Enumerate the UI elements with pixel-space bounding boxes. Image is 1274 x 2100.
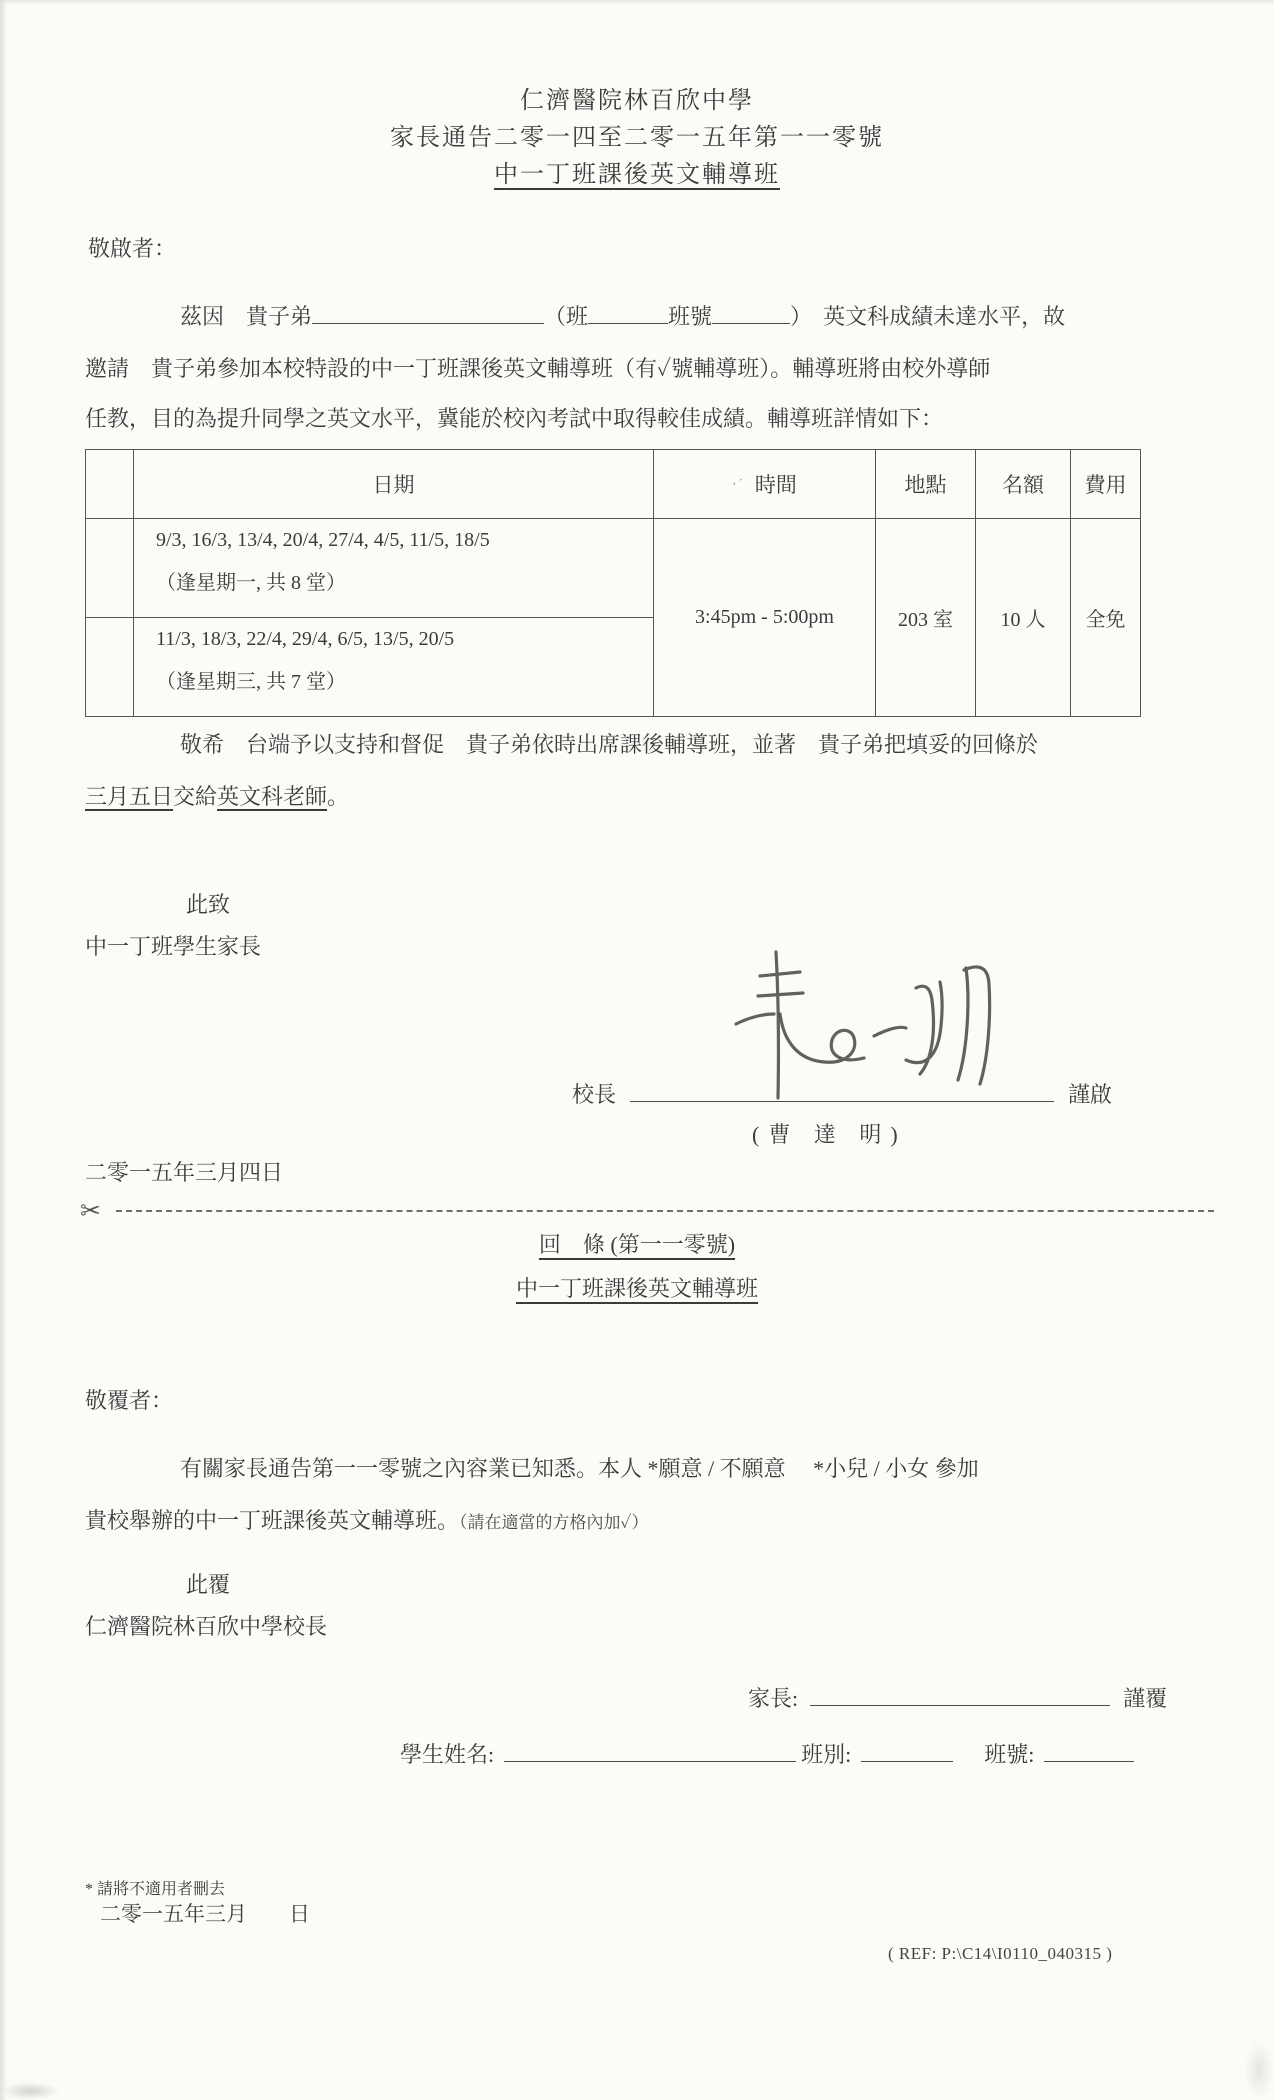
notice-number-line: 家長通告二零一四至二零一五年第一一零號 [0,117,1274,152]
class-blank [861,1739,953,1762]
reply-body-line2-text: 貴校舉辦的中一丁班課後英文輔導班。 [85,1508,459,1533]
principal-name: (曹 達 明) [752,1118,907,1149]
closing-salute: 此致 [186,888,230,919]
para1-seg4: ） [790,304,801,329]
reply-date: 二零一五年三月 日 [100,1898,310,1928]
fee-cell: 全免 [1071,519,1141,717]
scan-smudge [0,2082,60,2100]
school-name: 仁濟醫院林百欣中學 [0,80,1274,115]
scan-edge-artifact [0,0,1274,5]
para1-seg5: 英文科成績未達水平，故 [801,304,1065,329]
delete-inapplicable-footnote: * 請將不適用者刪去 [85,1876,225,1899]
checkbox-cell-monday [86,519,134,618]
signature-blank-line [630,1079,1054,1102]
dates-note: （逢星期三, 共 7 堂） [156,665,645,694]
col-header-venue: 地點 [876,450,976,519]
student-info-row: 學生姓名: 班別: 班號: [400,1738,1134,1769]
reply-slip-subtitle: 中一丁班課後英文輔導班 [0,1272,1274,1303]
col-header-date: 日期 [134,450,654,519]
checkbox-column-header [86,450,134,519]
reply-body-line2: 貴校舉辦的中一丁班課後英文輔導班。（請在適當的方格內加✓） [85,1504,648,1535]
issue-date: 二零一五年三月四日 [85,1156,283,1187]
para1-line1: 茲因 貴子弟（班班號） 英文科成績未達水平，故 [180,300,1065,331]
reply-body-line1: 有關家長通告第一一零號之內容業已知悉。本人 *願意 / 不願意 *小兒 / 小女… [180,1452,979,1483]
reply-salutation: 敬覆者： [85,1384,173,1415]
parent-label: 家長: [748,1686,798,1711]
reply-subtitle-text: 中一丁班課後英文輔導班 [516,1276,758,1301]
col-header-time-text: 時間 [755,473,797,497]
class-number-blank [712,301,790,324]
dates-list: 11/3, 18/3, 22/4, 29/4, 6/5, 13/5, 20/5 [156,628,645,651]
para1-line3: 任教，目的為提升同學之英文水平，冀能於校內考試中取得較佳成績。輔導班詳情如下： [85,402,943,433]
due-date: 三月五日 [85,784,173,809]
class-number-blank [1044,1739,1134,1762]
principal-label: 校長 [572,1082,616,1107]
cut-dashed-line [116,1210,1214,1212]
scanned-notice-page: 仁濟醫院林百欣中學 家長通告二零一四至二零一五年第一一零號 中一丁班課後英文輔導… [0,0,1274,2100]
student-name-blank [504,1739,796,1762]
tutorial-details-table: 日期 ‚·時間 地點 名額 費用 9/3, 16/3, 13/4, 20/4, … [85,449,1141,717]
col-header-fee: 費用 [1071,450,1141,519]
reference-number: ( REF: P:\C14\I0110_040315 ) [888,1944,1112,1964]
reply-slip-title: 回 條 (第一一零號) [0,1228,1274,1259]
parent-respect-suffix: 謹覆 [1123,1686,1167,1711]
venue-cell: 203 室 [876,519,976,717]
subject-line: 中一丁班課後英文輔導班 [0,154,1274,189]
dates-note: （逢星期一, 共 8 堂） [156,566,645,595]
dates-cell-monday: 9/3, 16/3, 13/4, 20/4, 27/4, 4/5, 11/5, … [134,519,654,618]
para2-mid: 交給 [173,784,217,809]
class-number-label: 班號: [984,1742,1034,1767]
time-cell: 3:45pm - 5:00pm [654,519,876,717]
teacher-name: 英文科老師 [217,784,327,809]
closing-recipient: 中一丁班學生家長 [85,930,261,961]
reply-title-text: 回 條 (第一一零號) [539,1232,735,1257]
scan-edge-artifact [0,0,7,2100]
scan-smudge [1244,2040,1274,2100]
reply-body-note: （請在適當的方格內加✓） [459,1513,648,1532]
salutation: 敬啟者： [88,232,176,263]
table-header-row: 日期 ‚·時間 地點 名額 費用 [86,450,1141,519]
col-header-time: ‚·時間 [654,450,876,519]
reply-closing-salute: 此覆 [186,1568,230,1599]
class-blank [588,301,668,324]
reply-closing-recipient: 仁濟醫院林百欣中學校長 [85,1610,327,1641]
class-label: 班別: [801,1742,851,1767]
checkbox-cell-wednesday [86,618,134,717]
para2-line2: 三月五日交給英文科老師。 [85,780,349,811]
scan-mark: ‚· [732,472,745,487]
parent-signature-row: 家長: 謹覆 [748,1682,1167,1713]
dates-cell-wednesday: 11/3, 18/3, 22/4, 29/4, 6/5, 13/5, 20/5 … [134,618,654,717]
student-name-blank [312,301,544,324]
signature-line-row: 校長謹啟 [572,1078,1112,1109]
student-name-label: 學生姓名: [400,1742,494,1767]
para2-period: 。 [327,784,349,809]
parent-signature-blank [810,1683,1110,1706]
para1-seg3: 班號 [668,304,712,329]
para2-line1: 敬希 台端予以支持和督促 貴子弟依時出席課後輔導班，並著 貴子弟把填妥的回條於 [180,728,1038,759]
dates-list: 9/3, 16/3, 13/4, 20/4, 27/4, 4/5, 11/5, … [156,529,645,552]
table-row: 9/3, 16/3, 13/4, 20/4, 27/4, 4/5, 11/5, … [86,519,1141,618]
quota-cell: 10 人 [976,519,1071,717]
respect-suffix: 謹啟 [1068,1082,1112,1107]
scissors-icon: ✂ [80,1196,101,1226]
subject-text: 中一丁班課後英文輔導班 [494,162,780,188]
para1-seg1: 茲因 貴子弟 [180,304,312,329]
col-header-quota: 名額 [976,450,1071,519]
para1-line2: 邀請 貴子弟參加本校特設的中一丁班課後英文輔導班（有✓號輔導班）。輔導班將由校外… [85,352,990,383]
para1-seg2: （班 [544,304,588,329]
